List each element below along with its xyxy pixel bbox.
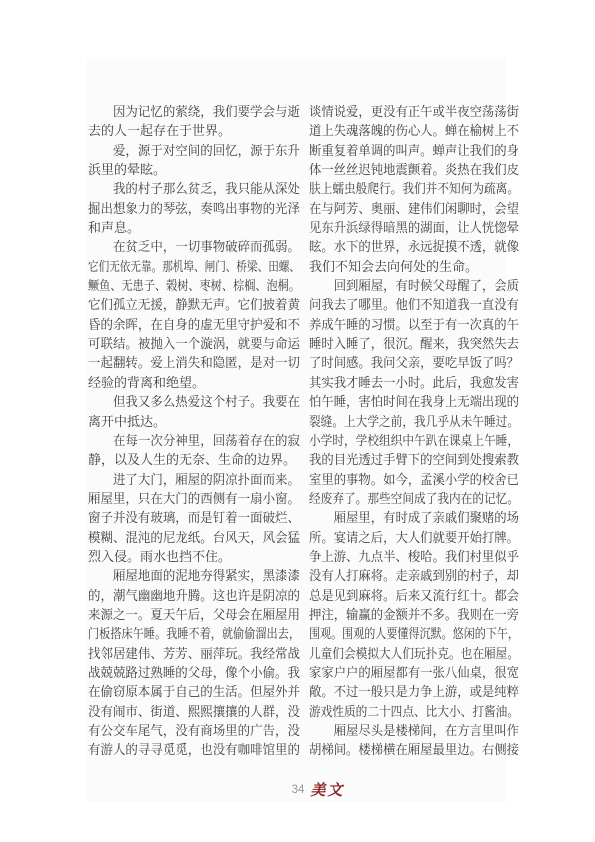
text-line: 小学时，学校组织中午趴在课桌上午睡， xyxy=(309,431,497,450)
text-line: 经验的背离和绝望。 xyxy=(88,373,300,392)
text-line: 厢屋里，只在大门的西侧有一扇小窗。 xyxy=(88,489,291,508)
text-line: 掘出想象力的琴弦，奏鸣出事物的光泽 xyxy=(88,199,291,218)
text-line: 我的目光透过手臂下的空间到处搜索教 xyxy=(309,450,509,469)
text-line: 断重复着单调的叫声。蝉声让我们的身 xyxy=(309,141,509,160)
magazine-logo: 美文 xyxy=(310,783,344,799)
text-line: 没有人打麻将。走亲戚到别的村子，却 xyxy=(309,566,509,585)
text-line: 静，以及人生的无奈、生命的边界。 xyxy=(88,450,300,469)
text-line: 裂缝。上大学之前，我几乎从未午睡过。 xyxy=(309,412,497,431)
text-line: 怕午睡，害怕时间在我身上无端出现的 xyxy=(309,392,509,411)
magazine-page: { "article": { "columns": [ { "lines": [… xyxy=(0,0,595,842)
text-line: 它们孤立无援，静默无声。它们披着黄 xyxy=(88,295,291,314)
text-line: 室里的事物。如今，孟溪小学的校舍已 xyxy=(309,470,509,489)
text-line: 可联结。被抛入一个漩涡，就要与命运 xyxy=(88,334,291,353)
page-footer: 34美文 xyxy=(41,779,595,800)
text-line: 进了大门，厢屋的阴凉扑面而来。 xyxy=(88,470,291,489)
text-line: 昏的余晖，在自身的虚无里守护爱和不 xyxy=(88,315,291,334)
text-line: 爱，源于对空间的回忆，源于东升 xyxy=(88,141,291,160)
text-line: 门板搭床午睡。我睡不着，就偷偷溜出去， xyxy=(88,624,270,643)
text-line: 模糊、混沌的尼龙纸。台风天，风会猛 xyxy=(88,528,291,547)
page-number: 34 xyxy=(292,784,305,796)
text-line: 总是见到麻将。后来又流行红十。都会 xyxy=(309,586,509,605)
text-line: 睡时入睡了，很沉。醒来，我突然失去 xyxy=(309,334,509,353)
text-line: 烈入侵。雨水也挡不住。 xyxy=(88,547,300,566)
text-line: 窗子并没有玻璃，而是钉着一面破烂、 xyxy=(88,508,291,527)
text-line: 厢屋尽头是楼梯间，在方言里叫作 xyxy=(309,721,509,740)
text-line: 在偷窃原本属于自己的生活。但屋外并 xyxy=(88,682,291,701)
text-line: 见东升浜绿得暗黑的湖面，让人恍惚晕 xyxy=(309,218,509,237)
text-line: 我们不知会去向何处的生命。 xyxy=(309,257,519,276)
text-line: 鳜鱼、无患子、榖树、枣树、棕榈、泡桐。 xyxy=(88,276,270,295)
text-line: 它们无依无靠。那机埠、闸门、桥梁、田螺、 xyxy=(88,257,261,276)
text-line: 战兢兢路过熟睡的父母，像个小偷。我 xyxy=(88,663,291,682)
text-line: 在贫乏中，一切事物破碎而孤弱。 xyxy=(88,237,291,256)
article-body: 因为记忆的萦绕，我们要学会与逝去的人一起存在于世界。 爱，源于对空间的回忆，源于… xyxy=(88,102,519,760)
text-line: 争上游、九点半、梭哈。我们村里似乎 xyxy=(309,547,509,566)
text-line: 有公交车尾气，没有商场里的广告，没 xyxy=(88,721,291,740)
text-line: 养成午睡的习惯。以至于有一次真的午 xyxy=(309,315,509,334)
text-line: 我的村子那么贫乏，我只能从深处 xyxy=(88,179,291,198)
text-line: 有游人的寻寻觅觅，也没有咖啡馆里的 xyxy=(88,740,291,759)
text-line: 浜里的晕眩。 xyxy=(88,160,300,179)
text-line: 在每一次分神里，回荡着存在的寂 xyxy=(88,431,291,450)
text-line: 所。宴请之后，大人们就要开始打牌。 xyxy=(309,528,509,547)
text-line: 回到厢屋，有时候父母醒了，会质 xyxy=(309,276,509,295)
text-line: 游戏性质的二十四点、比大小、打酱油。 xyxy=(309,702,497,721)
text-line: 来源之一。夏天午后，父母会在厢屋用 xyxy=(88,605,291,624)
text-line: 了时间感。我问父亲，要吃早饭了吗？ xyxy=(309,353,509,372)
text-line: 的，潮气幽幽地升腾。这也许是阴凉的 xyxy=(88,586,291,605)
text-line: 胡梯间。楼梯横在厢屋最里边。右侧接 xyxy=(309,740,509,759)
text-line: 经废弃了。那些空间成了我内在的记忆。 xyxy=(309,489,497,508)
text-line: 家家户户的厢屋都有一张八仙桌，很宽 xyxy=(309,663,509,682)
text-line: 眩。水下的世界，永远捉摸不透，就像 xyxy=(309,237,509,256)
text-column-right: 谈情说爱，更没有正午或半夜空荡荡街道上失魂落魄的伤心人。蝉在榆树上不断重复着单调… xyxy=(309,102,519,760)
text-line: 道上失魂落魄的伤心人。蝉在榆树上不 xyxy=(309,121,509,140)
text-line: 谈情说爱，更没有正午或半夜空荡荡街 xyxy=(309,102,509,121)
text-line: 儿童们会模拟大人们玩扑克。也在厢屋。 xyxy=(309,644,497,663)
text-line: 找邻居建伟、芳芳、丽萍玩。我经常战 xyxy=(88,644,291,663)
text-line: 一起翻转。爱上消失和隐匿，是对一切 xyxy=(88,353,291,372)
text-line: 问我去了哪里。他们不知道我一直没有 xyxy=(309,295,509,314)
text-line: 押注，输赢的金额并不多。我则在一旁 xyxy=(309,605,509,624)
text-line: 在与阿芳、奥丽、建伟们闲聊时，会望 xyxy=(309,199,509,218)
text-line: 体一丝丝迟钝地震颤着。炎热在我们皮 xyxy=(309,160,509,179)
text-line: 敞。不过一般只是力争上游，或是纯粹 xyxy=(309,682,509,701)
text-line: 离开中抵达。 xyxy=(88,412,300,431)
text-line: 因为记忆的萦绕，我们要学会与逝 xyxy=(88,102,291,121)
text-line: 和声息。 xyxy=(88,218,300,237)
text-column-left: 因为记忆的萦绕，我们要学会与逝去的人一起存在于世界。 爱，源于对空间的回忆，源于… xyxy=(88,102,300,760)
text-line: 其实我才睡去一小时。此后，我愈发害 xyxy=(309,373,509,392)
text-line: 厢屋地面的泥地夯得紧实，黑漆漆 xyxy=(88,566,291,585)
text-line: 但我又多么热爱这个村子。我要在 xyxy=(88,392,291,411)
text-line: 肤上蠕虫般爬行。我们并不知何为疏离。 xyxy=(309,179,497,198)
text-line: 围观。围观的人要懂得沉默。悠闲的下午， xyxy=(309,624,488,643)
text-line: 厢屋里，有时成了亲戚们聚赌的场 xyxy=(309,508,509,527)
text-line: 没有闹市、街道、熙熙攘攘的人群，没 xyxy=(88,702,291,721)
text-line: 去的人一起存在于世界。 xyxy=(88,121,300,140)
